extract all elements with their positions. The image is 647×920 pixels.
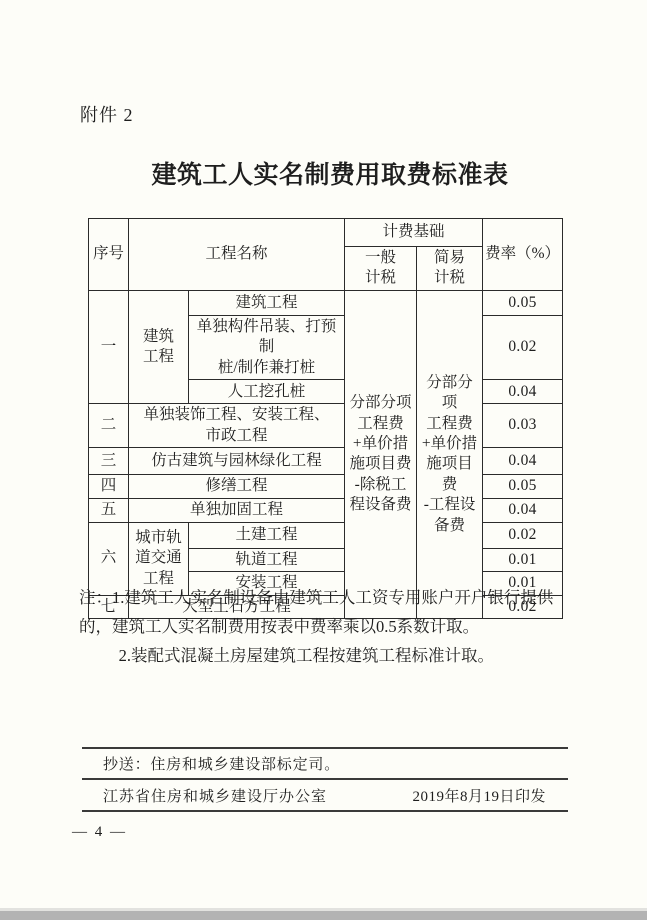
fee-standard-table: 序号 工程名称 计费基础 费率（%） 一般 计税 简易 计税 一 建筑 工程 建… bbox=[88, 218, 563, 619]
page-number: — 4 — bbox=[72, 824, 127, 841]
issue-row: 江苏省住房和城乡建设厅办公室 2019年8月19日印发 bbox=[82, 780, 568, 810]
rate-cell: 0.05 bbox=[483, 475, 563, 498]
seq-cell: 三 bbox=[89, 448, 129, 475]
notes-block: 注：1.建筑工人实名制设备由建筑工人工资专用账户开户银行提供 的，建筑工人实名制… bbox=[79, 583, 576, 670]
basis-general-cell: 分部分项 工程费 +单价措 施项目费 -除税工 程设备费 bbox=[345, 290, 417, 618]
col-header-project: 工程名称 bbox=[129, 219, 345, 291]
rate-cell: 0.04 bbox=[483, 498, 563, 522]
table-row: 二 单独装饰工程、安装工程、 市政工程 0.03 bbox=[89, 404, 563, 448]
project-name-cell: 修缮工程 bbox=[129, 475, 345, 498]
seq-cell: 五 bbox=[89, 498, 129, 522]
header-row-1: 序号 工程名称 计费基础 费率（%） bbox=[89, 219, 563, 247]
footer-issue-date: 2019年8月19日印发 bbox=[412, 785, 546, 806]
col-header-basis-simple: 简易 计税 bbox=[417, 247, 483, 291]
cc-line: 抄送：住房和城乡建设部标定司。 bbox=[103, 753, 340, 774]
seq-cell: 四 bbox=[89, 475, 129, 498]
table-row: 五 单独加固工程 0.04 bbox=[89, 498, 563, 522]
group-cell: 建筑 工程 bbox=[129, 290, 189, 403]
rate-cell: 0.01 bbox=[483, 548, 563, 571]
rate-cell: 0.04 bbox=[483, 448, 563, 475]
project-name-cell: 轨道工程 bbox=[189, 548, 345, 571]
rate-cell: 0.05 bbox=[483, 290, 563, 315]
page-title: 建筑工人实名制费用取费标准表 bbox=[0, 155, 647, 191]
rate-cell: 0.02 bbox=[483, 522, 563, 548]
project-name-cell: 单独加固工程 bbox=[129, 498, 345, 522]
footer-block: 抄送：住房和城乡建设部标定司。 江苏省住房和城乡建设厅办公室 2019年8月19… bbox=[82, 747, 568, 812]
table-row: 六 城市轨 道交通 工程 土建工程 0.02 bbox=[89, 522, 563, 548]
rate-cell: 0.03 bbox=[483, 404, 563, 448]
attachment-label: 附件 2 bbox=[80, 101, 134, 127]
col-header-rate: 费率（%） bbox=[483, 219, 563, 291]
col-header-basis: 计费基础 bbox=[345, 219, 483, 247]
rate-cell: 0.02 bbox=[483, 315, 563, 379]
basis-simple-cell: 分部分项 工程费 +单价措 施项目费 -工程设 备费 bbox=[417, 290, 483, 618]
col-header-seq: 序号 bbox=[89, 219, 129, 291]
footer-rule-bottom bbox=[82, 810, 568, 812]
table-row: 三 仿古建筑与园林绿化工程 0.04 bbox=[89, 448, 563, 475]
project-name-cell: 人工挖孔桩 bbox=[189, 380, 345, 404]
note-1: 注：1.建筑工人实名制设备由建筑工人工资专用账户开户银行提供 的，建筑工人实名制… bbox=[79, 583, 576, 641]
seq-cell: 二 bbox=[89, 404, 129, 448]
rate-cell: 0.04 bbox=[483, 380, 563, 404]
project-name-cell: 单独构件吊装、打预制 桩/制作兼打桩 bbox=[189, 315, 345, 379]
col-header-basis-general: 一般 计税 bbox=[345, 247, 417, 291]
cc-row: 抄送：住房和城乡建设部标定司。 bbox=[82, 749, 568, 778]
scan-bottom-edge bbox=[0, 911, 647, 920]
project-name-cell: 土建工程 bbox=[189, 522, 345, 548]
seq-cell: 一 bbox=[89, 290, 129, 403]
footer-issuer: 江苏省住房和城乡建设厅办公室 bbox=[103, 785, 327, 806]
note-2: 2.装配式混凝土房屋建筑工程按建筑工程标准计取。 bbox=[79, 641, 576, 670]
project-name-cell: 建筑工程 bbox=[189, 290, 345, 315]
fee-table-container: 序号 工程名称 计费基础 费率（%） 一般 计税 简易 计税 一 建筑 工程 建… bbox=[88, 218, 563, 619]
table-row: 四 修缮工程 0.05 bbox=[89, 475, 563, 498]
project-name-cell: 单独装饰工程、安装工程、 市政工程 bbox=[129, 404, 345, 448]
project-name-cell: 仿古建筑与园林绿化工程 bbox=[129, 448, 345, 475]
table-row: 一 建筑 工程 建筑工程 分部分项 工程费 +单价措 施项目费 -除税工 程设备… bbox=[89, 290, 563, 315]
